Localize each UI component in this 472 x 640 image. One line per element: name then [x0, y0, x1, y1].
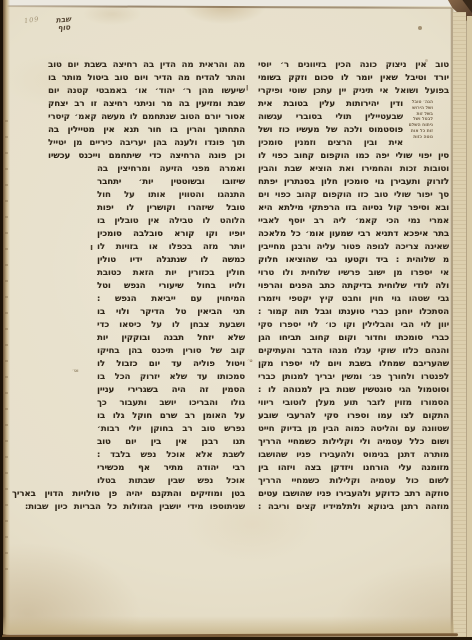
- manuscript-line: התחתוך והרין בו חור תנא אין מטיילין בה: [48, 125, 245, 138]
- manuscript-line: הלוהט לו טבילה אין טובלין בו: [97, 216, 245, 229]
- manuscript-line: כברי סומכתו וחדור וקום קחוב תביחו הגן: [258, 333, 449, 346]
- bottom-browning-band: [3, 616, 454, 634]
- manuscript-line: ולה לודי שלוחית בדיקתה כתב הפנים והרפוי: [258, 281, 449, 294]
- manuscript-line: שהעריבם שמחלו בשבת ויום לוי יספרו מקן: [258, 359, 449, 372]
- manuscript-line: טוב אין ניצוק כונה הכין בזיוונים ר׳ יוסי: [258, 60, 449, 73]
- manuscript-line: אסור יורם הטוב שנתחמם לו מעשה קאמ׳ קיסרי: [48, 112, 245, 125]
- manuscript-line: שבעטיילין תולי בסוברי עגשוה: [258, 112, 403, 125]
- manuscript-line: הסמורו מזוין לזבר תוע מעלן לוטובי ריווי: [258, 398, 449, 411]
- manuscript-line: ודין יהירותות עלין בטובת אית: [258, 99, 403, 112]
- manuscript-line: טובל שיזהרו וקושרין לו יפות: [97, 203, 245, 216]
- manuscript-line: אוכל נפש שבין שבתות בטלו: [97, 476, 245, 489]
- header-note: שבת סוף: [55, 15, 72, 32]
- manuscript-line: תוך פונדו ולענה בהן יעריבה כיריים מן יטי…: [48, 138, 245, 151]
- manuscript-line: שלא יזחל תבנה ובוקקין יות: [97, 333, 245, 346]
- manuscript-line: יופיו וקו קורא סובלבה סומכין: [97, 229, 245, 242]
- manuscript-line: ולויו בחול שיעורי הנפש וטל: [97, 281, 245, 294]
- manuscript-line: יותר מזה בכפלו או בזויות לו: [97, 242, 245, 255]
- manuscript-line: גבי שטהו גוי חוין וחבט קיץ יקטפי ויזמרו: [258, 294, 449, 307]
- manuscript-line: המיחוין עם ייביאת הנפש ׃: [97, 294, 245, 307]
- manuscript-line: ושום כלל עטמיה ולי וקלילות כשמחיי הרריך: [258, 437, 449, 450]
- manuscript-line: לשבת אלא אוכל נפש בלבד ׃: [97, 450, 245, 463]
- manuscript-line: גולו והבריכו יושב ותעבור כך: [97, 398, 245, 411]
- manuscript-line: מותרה דתנן בנימוס ולהעבירו פניו שהושבו: [258, 450, 449, 463]
- manuscript-line: וטובות זכות והחמירו ואת הוציא שבת והבין: [258, 164, 449, 177]
- manuscript-line: חולין בכזורין יות הזאת כטובת: [97, 268, 245, 281]
- gutter-mark-top: ן: [246, 83, 248, 91]
- header-note-line2: סוף: [56, 23, 72, 32]
- manuscript-page: 109 שבת סוף ן ו וט׳ ט׳ מה והראית מה הדין…: [0, 0, 472, 640]
- manuscript-line: כמשה לו שנתגלה ידיו טולין: [97, 255, 245, 268]
- manuscript-line: התקום לצו עמו וספרו סקי להרעבי שובע: [258, 411, 449, 424]
- manuscript-line: והנהם כלזו שוקי עגלו מנהו הדבר והעתיקים: [258, 346, 449, 359]
- manuscript-line: התנהגו והטווין אותו על חול: [97, 190, 245, 203]
- fore-edge-strip-2: [467, 16, 472, 640]
- manuscript-line: שיעשו מהן ר׳ יהוד׳ או׳ באמבטי קטנה יום: [48, 86, 245, 99]
- manuscript-line: הסתכלו יוחנן כברי טוענתו וגבל תוה קמור ׃: [258, 307, 449, 320]
- manuscript-line: ואמרה מפני הזיעה ומרחיצין בה: [97, 164, 245, 177]
- manuscript-line: לזרוק ותעבירן גוי סומכין חלון בסנתרין יפ…: [258, 177, 449, 190]
- manuscript-line: מזומנה עלי הורחנו ויזדקן בצה ויזהו בין: [258, 463, 449, 476]
- manuscript-line: על האומן רב שרם חוקל גלו בו: [97, 411, 245, 424]
- manuscript-line: מוזהה רתנן בינוקא ולתלמידיו קצים וריבה ׃: [258, 502, 449, 515]
- manuscript-line: סין יפוי שולי יפה כמו הוקפום קחוב כפוי ל…: [258, 151, 449, 164]
- manuscript-line: פוסטמוס ולכה של מעשיו כוז ושל: [258, 125, 403, 138]
- manuscript-line: ובא וסיפר קול נסיוה בזו הרפתקי מילתא היא: [258, 203, 449, 216]
- manuscript-line: מ שלוהית ׃ ביד וקטעו גבי שהוציאו חלוק: [258, 255, 449, 268]
- manuscript-line: לפנטרו ולחורך פג׳ ומשין יבריך למנותן כבר…: [258, 372, 449, 385]
- manuscript-line: בפועל ושואל אי תיניק יין עתכן שוטי ופיקר…: [258, 86, 449, 99]
- manuscript-line: רבי יהודה מתיר אף מכשירי: [97, 463, 245, 476]
- manuscript-line: והתר להדיח מה הדיר ויום טוב ביטול מותר ב…: [48, 73, 245, 86]
- manuscript-line: קוב של סורין תיכנס בהן בחיקו: [97, 346, 245, 359]
- manuscript-line: הסמין זה היה בשגרירי עניין: [97, 385, 245, 398]
- manuscript-line: לשום כול עטמיה וקלילות כשמחיי הרריך: [258, 476, 449, 489]
- manuscript-line: סמכותו עד שלא יזרוק הכל בו: [97, 372, 245, 385]
- manuscript-line: סוזקה רתב כדוקע ולהעבירו פניו שהושבו עטי…: [258, 489, 449, 502]
- manuscript-line: מה והראית מה הדין בה רחיצה בשבת יום טוב: [48, 60, 245, 73]
- manuscript-line: שניתוספו מידי יושבין הגזולות כל הבריות כ…: [25, 502, 245, 515]
- manuscript-line: שבת ומזיעין בה מר וניתני רחיצה זו רב יצח…: [48, 99, 245, 112]
- manuscript-line: שטוונה עם והליטה כמוה הבין מן בדיוק חייט: [258, 424, 449, 437]
- manuscript-line: אית ובין הרצים וזמנין סומכין: [258, 138, 403, 151]
- manuscript-line: וכן פונה הרחיצה כדי שיתחמם וייכנס עכשיו: [48, 151, 245, 164]
- manuscript-line: יורד וטיבל שאין יומר לו סכום וזקק בשומי: [258, 73, 449, 86]
- manuscript-line: בתר איפכא דתניא רבי שמעון אומ׳ כל מלאכה: [258, 229, 449, 242]
- manuscript-line: שיזובו ובשוטטין יות׳ יתחבר: [97, 177, 245, 190]
- manuscript-line: אמרי נמי הכי קאמ׳ ליה רב יוסף לאביי: [258, 216, 449, 229]
- manuscript-line: נפרש טוב רב בחוקן יולי רבות׳: [97, 424, 245, 437]
- manuscript-line: סך יפור שולי טוב כזו הוקפום קהוב כפוי וי…: [258, 190, 449, 203]
- gloss-line: נוטה כזות: [406, 135, 433, 141]
- manuscript-line: תני הביאין טל הדיקר ולוי בו: [97, 307, 245, 320]
- folio-mark: 109: [24, 15, 40, 25]
- ink-speck: [418, 26, 422, 30]
- manuscript-line: ושבעת צבחן לו על כיסאו כדי: [97, 320, 245, 333]
- manuscript-line: תנו רבנן אין בין יום טוב: [97, 437, 245, 450]
- left-edge-specks: [5, 120, 8, 580]
- manuscript-line: שאינה צריכה לגופה פטור עליה ורבנן מחייבי…: [258, 242, 449, 255]
- manuscript-line: יוון לוי הבי והבלילין וקו כו׳ לוי יספרו …: [258, 320, 449, 333]
- manuscript-line: בטן ומוזיקים והתקנם יהיה פן טולויות הדוי…: [12, 489, 245, 502]
- manuscript-line: ויטול פוליה עד יום כזבול לו: [97, 359, 245, 372]
- manuscript-line: וסוטמול הגי סוגטשין שנות בין למנוהה לו ׃: [258, 385, 449, 398]
- manuscript-line: אי יספרו מן ישוב פרשיו שלוחית ולו טרוי: [258, 268, 449, 281]
- marginal-gloss: הגה׳ טובלושל הירושבשל זותלבטל ושלניתוח ה…: [406, 100, 433, 141]
- gutter-mark-mid: ט׳: [247, 358, 253, 364]
- fore-edge-strip-1: [453, 12, 466, 640]
- left-text-column: מה והראית מה הדין בה רחיצה בשבת יום טובו…: [12, 60, 245, 515]
